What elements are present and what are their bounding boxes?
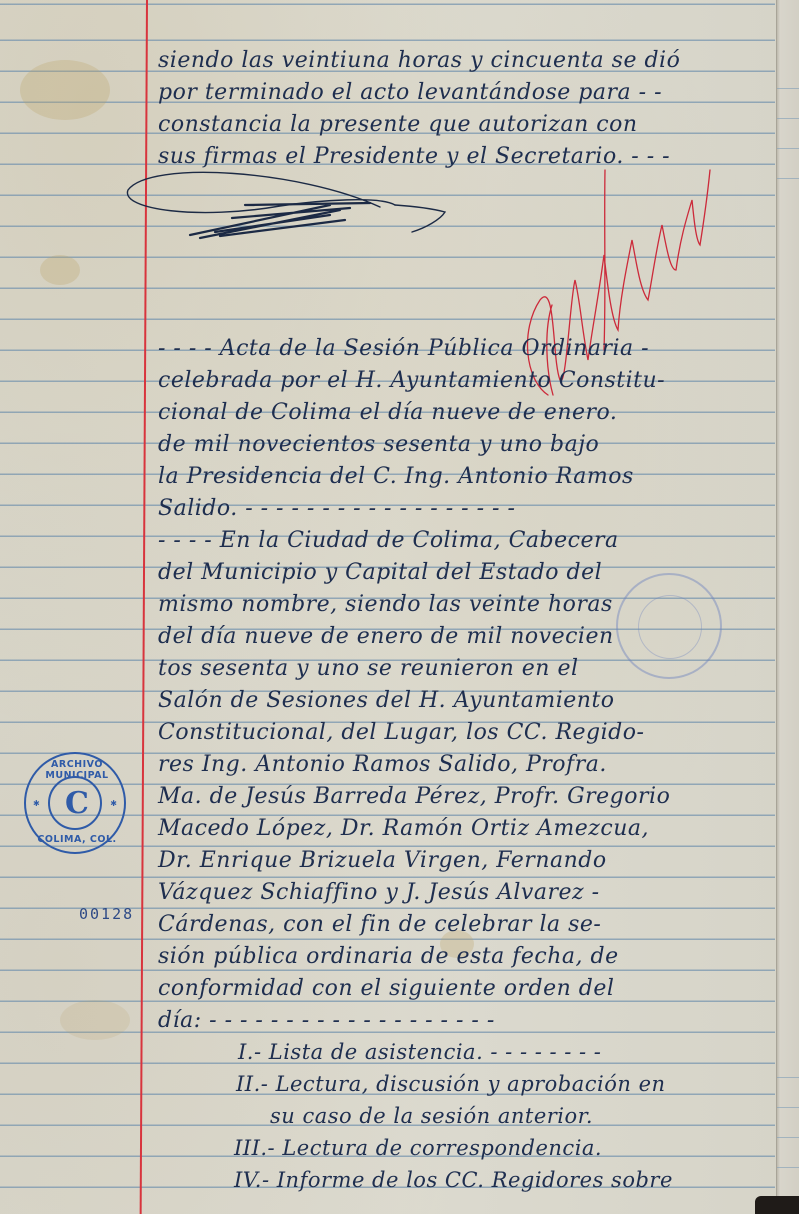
archive-number: 00128 (79, 905, 134, 923)
paper-stain (60, 1000, 130, 1040)
text-line: celebrada por el H. Ayuntamiento Constit… (158, 370, 665, 392)
stamp-emblem: C (48, 776, 102, 830)
agenda-item: su caso de la sesión anterior. (270, 1106, 593, 1127)
text-line: mismo nombre, siendo las veinte horas (158, 594, 613, 616)
agenda-item: II.- Lectura, discusión y aprobación en (236, 1074, 666, 1095)
text-line: Salido. - - - - - - - - - - - - - - - - … (158, 498, 515, 520)
agenda-text: Lectura de correspondencia. (282, 1136, 602, 1160)
text-line: constancia la presente que autorizan con (158, 114, 638, 136)
agenda-text: Informe de los CC. Regidores sobre (277, 1168, 673, 1192)
text-line: tos sesenta y uno se reunieron en el (158, 658, 579, 680)
text-line: Ma. de Jesús Barreda Pérez, Profr. Grego… (158, 786, 670, 808)
text-line: Macedo López, Dr. Ramón Ortiz Amezcua, (158, 818, 649, 840)
agenda-item: I.- Lista de asistencia. - - - - - - - - (238, 1042, 601, 1063)
agenda-number: IV.- (234, 1168, 270, 1192)
text-line: - - - - Acta de la Sesión Pública Ordina… (158, 338, 649, 360)
paper-stain (20, 60, 110, 120)
text-line: Cárdenas, con el fin de celebrar la se- (158, 914, 601, 936)
book-binding-edge (776, 0, 799, 1214)
text-line: conformidad con el siguiente orden del (158, 978, 614, 1000)
text-line: Vázquez Schiaffino y J. Jesús Alvarez - (158, 882, 600, 904)
text-line: día: - - - - - - - - - - - - - - - - - -… (158, 1010, 495, 1032)
text-line: por terminado el acto levantándose para … (158, 82, 662, 104)
text-line: Dr. Enrique Brizuela Virgen, Fernando (158, 850, 607, 872)
agenda-number: III.- (234, 1136, 275, 1160)
archive-stamp: ARCHIVO MUNICIPAL ✱ ✱ C COLIMA, COL. (24, 752, 126, 854)
text-line: del día nueve de enero de mil novecien (158, 626, 614, 648)
ledger-page: siendo las veintiuna horas y cincuenta s… (0, 0, 799, 1214)
faint-stamp-inner (638, 595, 702, 659)
text-line: res Ing. Antonio Ramos Salido, Profra. (158, 754, 607, 776)
agenda-number: I.- (238, 1040, 262, 1064)
text-line: siendo las veintiuna horas y cincuenta s… (158, 50, 680, 72)
agenda-item: III.- Lectura de correspondencia. (234, 1138, 602, 1159)
text-line: - - - - En la Ciudad de Colima, Cabecera (158, 530, 619, 552)
book-cover-corner (755, 1196, 799, 1214)
text-line: de mil novecientos sesenta y uno bajo (158, 434, 599, 456)
text-line: cional de Colima el día nueve de enero. (158, 402, 617, 424)
agenda-number: II.- (236, 1072, 268, 1096)
text-line: Constitucional, del Lugar, los CC. Regid… (158, 722, 644, 744)
agenda-item: IV.- Informe de los CC. Regidores sobre (234, 1170, 673, 1191)
star-icon: ✱ (110, 799, 117, 808)
faint-stamp (616, 573, 722, 679)
paper-stain (40, 255, 80, 285)
star-icon: ✱ (33, 799, 40, 808)
stamp-bottom-text: COLIMA, COL. (26, 834, 128, 845)
emblem-icon: C (50, 786, 104, 821)
text-line: Salón de Sesiones del H. Ayuntamiento (158, 690, 615, 712)
text-line: la Presidencia del C. Ing. Antonio Ramos (158, 466, 634, 488)
text-line: sus firmas el Presidente y el Secretario… (158, 146, 670, 168)
agenda-text: su caso de la sesión anterior. (270, 1104, 593, 1128)
text-line: del Municipio y Capital del Estado del (158, 562, 602, 584)
agenda-text: Lectura, discusión y aprobación en (276, 1072, 666, 1096)
text-line: sión pública ordinaria de esta fecha, de (158, 946, 619, 968)
agenda-text: Lista de asistencia. - - - - - - - - (269, 1040, 602, 1064)
